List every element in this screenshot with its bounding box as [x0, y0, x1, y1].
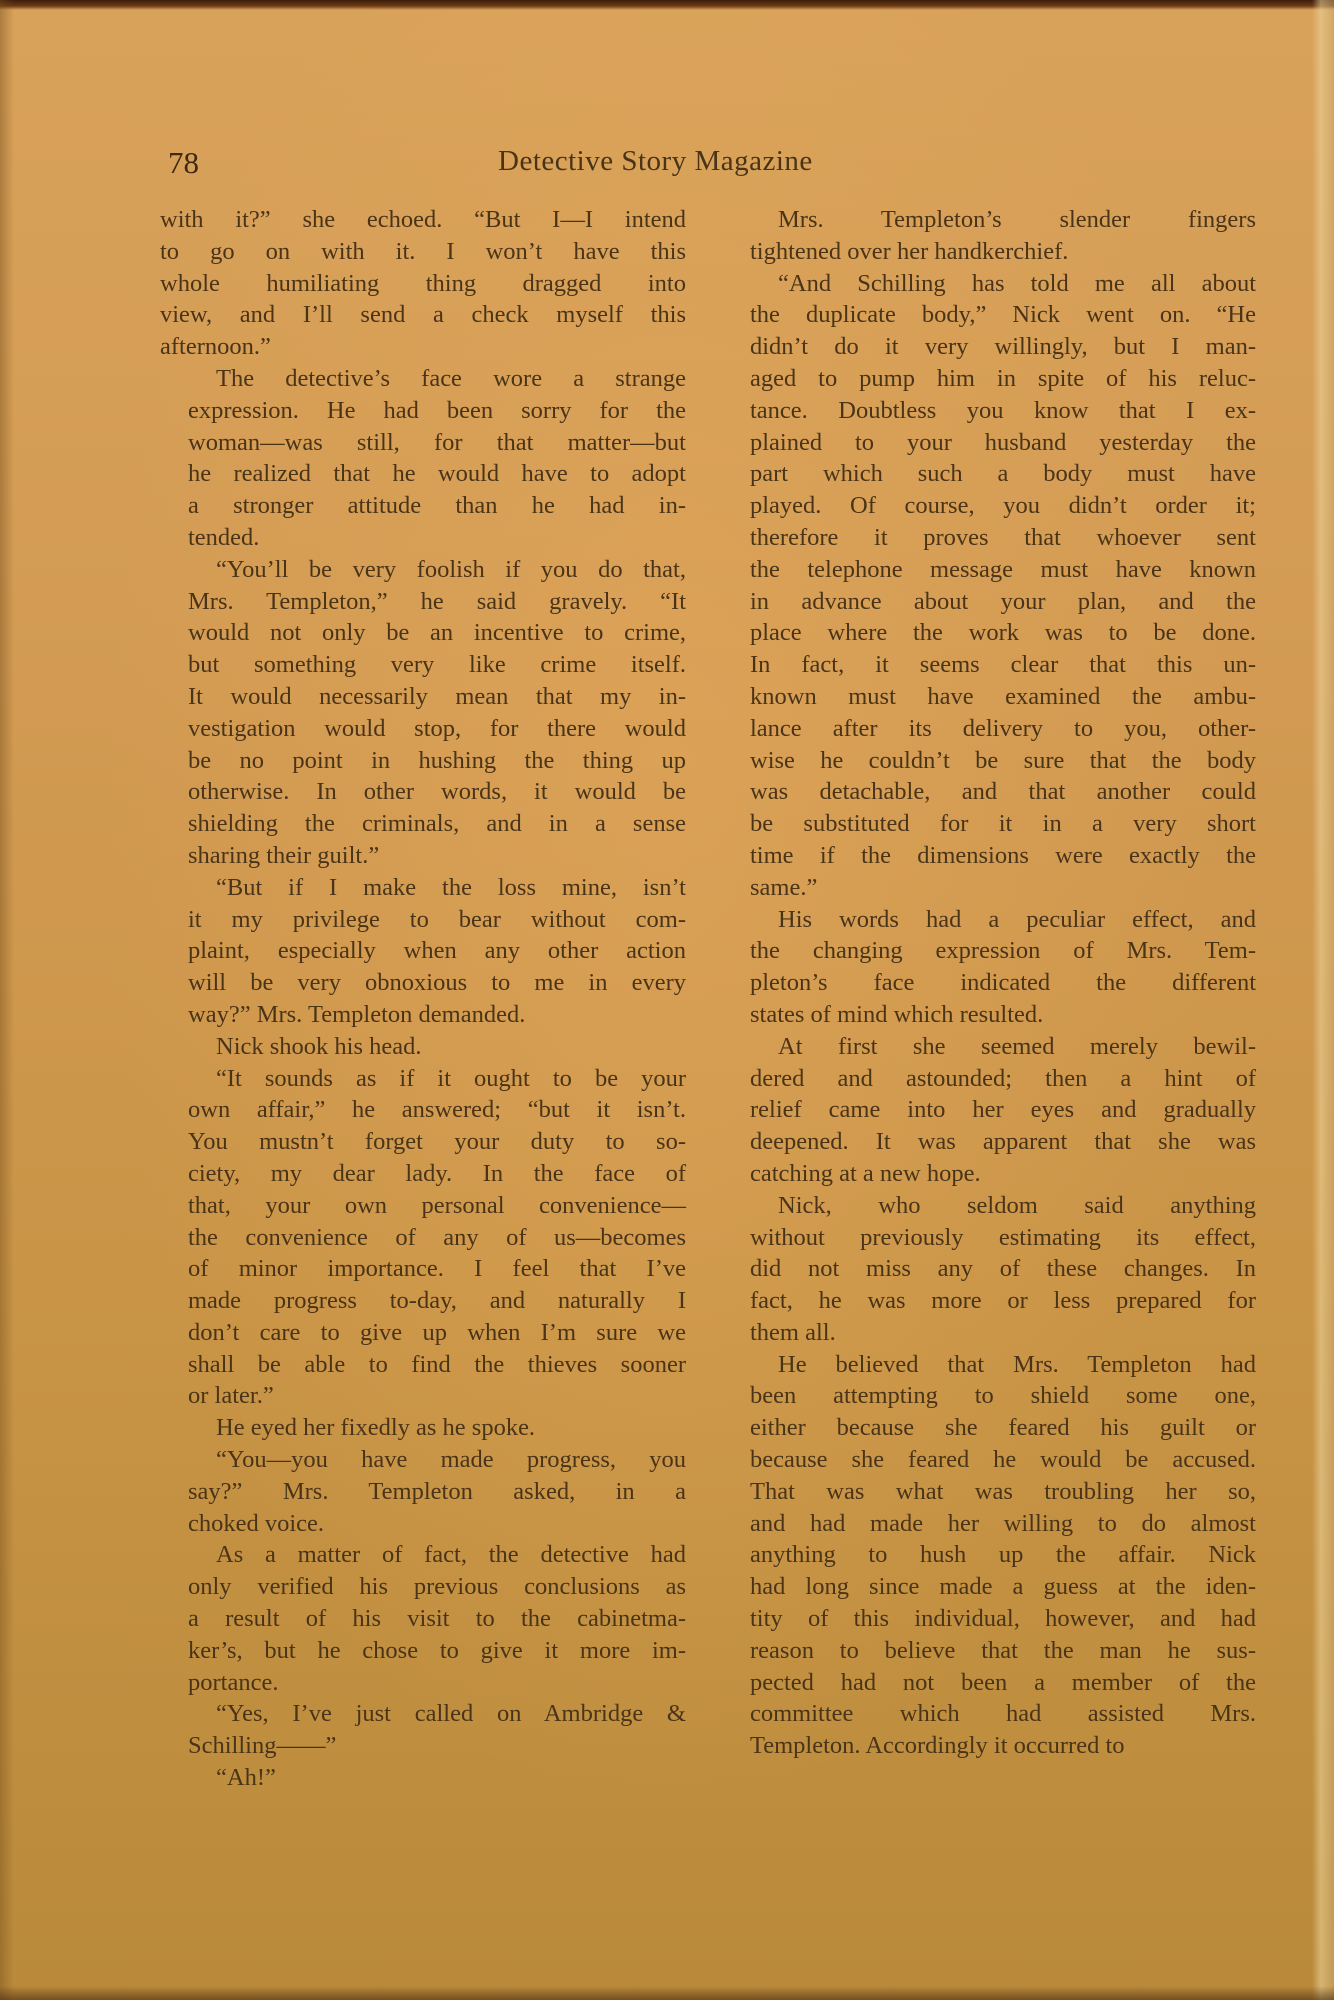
text-line: time if the dimensions were exactly the — [722, 840, 1256, 872]
text-line: pected had not been a member of the — [722, 1667, 1256, 1699]
text-line: will be very obnoxious to me in every — [160, 967, 686, 999]
text-line: it my privilege to bear without com- — [160, 904, 686, 936]
text-line: tance. Doubtless you know that I ex- — [722, 395, 1256, 427]
text-line: view, and I’ll send a check myself this — [160, 299, 686, 331]
text-line: lance after its delivery to you, other- — [722, 713, 1256, 745]
paragraph: “Ah!” — [160, 1762, 686, 1794]
text-line: relief came into her eyes and gradually — [722, 1094, 1256, 1126]
paragraph: “Yes, I’ve just called on Ambridge &Schi… — [160, 1698, 686, 1762]
text-line: Templeton. Accordingly it occurred to — [722, 1730, 1256, 1762]
text-line: been attempting to shield some one, — [722, 1380, 1256, 1412]
paragraph: At first she seemed merely bewil-dered a… — [722, 1031, 1256, 1190]
text-line: of minor importance. I feel that I’ve — [160, 1253, 686, 1285]
text-line: be no point in hushing the thing up — [160, 745, 686, 777]
text-line: that, your own personal convenience— — [160, 1190, 686, 1222]
paragraph: As a matter of fact, the detective hadon… — [160, 1539, 686, 1698]
page-top-edge — [0, 0, 1334, 10]
text-line: otherwise. In other words, it would be — [160, 776, 686, 808]
text-line: plained to your husband yesterday the — [722, 427, 1256, 459]
text-line: “You—you have made progress, you — [160, 1444, 686, 1476]
text-line: same.” — [722, 872, 1256, 904]
page-bottom-edge — [0, 1986, 1334, 2000]
text-line: be substituted for it in a very short — [722, 808, 1256, 840]
text-line: wise he couldn’t be sure that the body — [722, 745, 1256, 777]
text-line: You mustn’t forget your duty to so- — [160, 1126, 686, 1158]
text-line: expression. He had been sorry for the — [160, 395, 686, 427]
magazine-page: 78 Detective Story Magazine with it?” sh… — [0, 0, 1334, 2000]
paragraph: “You—you have made progress, yousay?” Mr… — [160, 1444, 686, 1539]
text-line: It would necessarily mean that my in- — [160, 681, 686, 713]
page-right-edge — [1312, 0, 1334, 2000]
text-line: anything to hush up the affair. Nick — [722, 1539, 1256, 1571]
text-line: At first she seemed merely bewil- — [722, 1031, 1256, 1063]
text-line: because she feared he would be accused. — [722, 1444, 1256, 1476]
text-line: “But if I make the loss mine, isn’t — [160, 872, 686, 904]
text-line: “Yes, I’ve just called on Ambridge & — [160, 1698, 686, 1730]
text-line: without previously estimating its effect… — [722, 1222, 1256, 1254]
text-line: “Ah!” — [160, 1762, 686, 1794]
text-line: therefore it proves that whoever sent — [722, 522, 1256, 554]
text-line: to go on with it. I won’t have this — [160, 236, 686, 268]
page-number: 78 — [168, 145, 199, 181]
text-line: didn’t do it very willingly, but I man- — [722, 331, 1256, 363]
text-line: “You’ll be very foolish if you do that, — [160, 554, 686, 586]
text-line: ciety, my dear lady. In the face of — [160, 1158, 686, 1190]
paragraph: He believed that Mrs. Templeton hadbeen … — [722, 1349, 1256, 1762]
text-line: catching at a new hope. — [722, 1158, 1256, 1190]
text-line: he realized that he would have to adopt — [160, 458, 686, 490]
text-line: in advance about your plan, and the — [722, 586, 1256, 618]
running-head: 78 Detective Story Magazine — [168, 145, 1250, 185]
text-line: a result of his visit to the cabinetma- — [160, 1603, 686, 1635]
text-line: did not miss any of these changes. In — [722, 1253, 1256, 1285]
text-line: shielding the criminals, and in a sense — [160, 808, 686, 840]
text-line: He believed that Mrs. Templeton had — [722, 1349, 1256, 1381]
text-line: had long since made a guess at the iden- — [722, 1571, 1256, 1603]
text-line: with it?” she echoed. “But I—I intend — [160, 204, 686, 236]
text-line: afternoon.” — [160, 331, 686, 363]
text-line: states of mind which resulted. — [722, 999, 1256, 1031]
text-line: say?” Mrs. Templeton asked, in a — [160, 1476, 686, 1508]
text-line: place where the work was to be done. — [722, 617, 1256, 649]
text-line: was detachable, and that another could — [722, 776, 1256, 808]
text-line: Schilling——” — [160, 1730, 686, 1762]
text-line: the changing expression of Mrs. Tem- — [722, 935, 1256, 967]
page-left-edge — [0, 0, 14, 2000]
paragraph: with it?” she echoed. “But I—I intendto … — [160, 204, 686, 363]
text-line: sharing their guilt.” — [160, 840, 686, 872]
paragraph: Nick, who seldom said anythingwithout pr… — [722, 1190, 1256, 1349]
text-line: As a matter of fact, the detective had — [160, 1539, 686, 1571]
text-line: known must have examined the ambu- — [722, 681, 1256, 713]
text-line: own affair,” he answered; “but it isn’t. — [160, 1094, 686, 1126]
paragraph: He eyed her fixedly as he spoke. — [160, 1412, 686, 1444]
text-line: plaint, especially when any other action — [160, 935, 686, 967]
text-line: tightened over her handkerchief. — [722, 236, 1256, 268]
text-line: the convenience of any of us—becomes — [160, 1222, 686, 1254]
text-line: shall be able to find the thieves sooner — [160, 1349, 686, 1381]
text-line: Nick shook his head. — [160, 1031, 686, 1063]
paragraph: Mrs. Templeton’s slender fingerstightene… — [722, 204, 1256, 268]
text-column-left: with it?” she echoed. “But I—I intendto … — [160, 204, 686, 1794]
text-line: The detective’s face wore a strange — [160, 363, 686, 395]
text-line: the telephone message must have known — [722, 554, 1256, 586]
text-line: part which such a body must have — [722, 458, 1256, 490]
paragraph: “You’ll be very foolish if you do that,M… — [160, 554, 686, 872]
text-line: In fact, it seems clear that this un- — [722, 649, 1256, 681]
text-line: Nick, who seldom said anything — [722, 1190, 1256, 1222]
text-line: choked voice. — [160, 1508, 686, 1540]
paragraph: His words had a peculiar effect, andthe … — [722, 904, 1256, 1031]
text-line: played. Of course, you didn’t order it; — [722, 490, 1256, 522]
text-line: That was what was troubling her so, — [722, 1476, 1256, 1508]
text-line: either because she feared his guilt or — [722, 1412, 1256, 1444]
text-line: tended. — [160, 522, 686, 554]
text-line: ker’s, but he chose to give it more im- — [160, 1635, 686, 1667]
paragraph: Nick shook his head. — [160, 1031, 686, 1063]
text-column-right: Mrs. Templeton’s slender fingerstightene… — [722, 204, 1256, 1762]
text-line: would not only be an incentive to crime, — [160, 617, 686, 649]
text-line: pleton’s face indicated the different — [722, 967, 1256, 999]
text-line: Mrs. Templeton,” he said gravely. “It — [160, 586, 686, 618]
text-line: vestigation would stop, for there would — [160, 713, 686, 745]
text-line: don’t care to give up when I’m sure we — [160, 1317, 686, 1349]
paragraph: “It sounds as if it ought to be yourown … — [160, 1063, 686, 1413]
text-line: them all. — [722, 1317, 1256, 1349]
text-line: and had made her willing to do almost — [722, 1508, 1256, 1540]
text-line: aged to pump him in spite of his reluc- — [722, 363, 1256, 395]
text-line: tity of this individual, however, and ha… — [722, 1603, 1256, 1635]
paragraph: “And Schilling has told me all aboutthe … — [722, 268, 1256, 904]
text-line: deepened. It was apparent that she was — [722, 1126, 1256, 1158]
paragraph: The detective’s face wore a strangeexpre… — [160, 363, 686, 554]
text-line: “And Schilling has told me all about — [722, 268, 1256, 300]
text-line: “It sounds as if it ought to be your — [160, 1063, 686, 1095]
text-line: way?” Mrs. Templeton demanded. — [160, 999, 686, 1031]
text-line: His words had a peculiar effect, and — [722, 904, 1256, 936]
text-line: or later.” — [160, 1380, 686, 1412]
text-line: the duplicate body,” Nick went on. “He — [722, 299, 1256, 331]
text-line: committee which had assisted Mrs. — [722, 1698, 1256, 1730]
text-line: a stronger attitude than he had in- — [160, 490, 686, 522]
text-line: fact, he was more or less prepared for — [722, 1285, 1256, 1317]
paragraph: “But if I make the loss mine, isn’tit my… — [160, 872, 686, 1031]
text-line: He eyed her fixedly as he spoke. — [160, 1412, 686, 1444]
text-line: dered and astounded; then a hint of — [722, 1063, 1256, 1095]
magazine-title: Detective Story Magazine — [498, 145, 813, 178]
text-line: whole humiliating thing dragged into — [160, 268, 686, 300]
text-line: portance. — [160, 1667, 686, 1699]
text-line: reason to believe that the man he sus- — [722, 1635, 1256, 1667]
text-line: but something very like crime itself. — [160, 649, 686, 681]
text-line: only verified his previous conclusions a… — [160, 1571, 686, 1603]
text-line: Mrs. Templeton’s slender fingers — [722, 204, 1256, 236]
text-line: made progress to-day, and naturally I — [160, 1285, 686, 1317]
text-line: woman—was still, for that matter—but — [160, 427, 686, 459]
